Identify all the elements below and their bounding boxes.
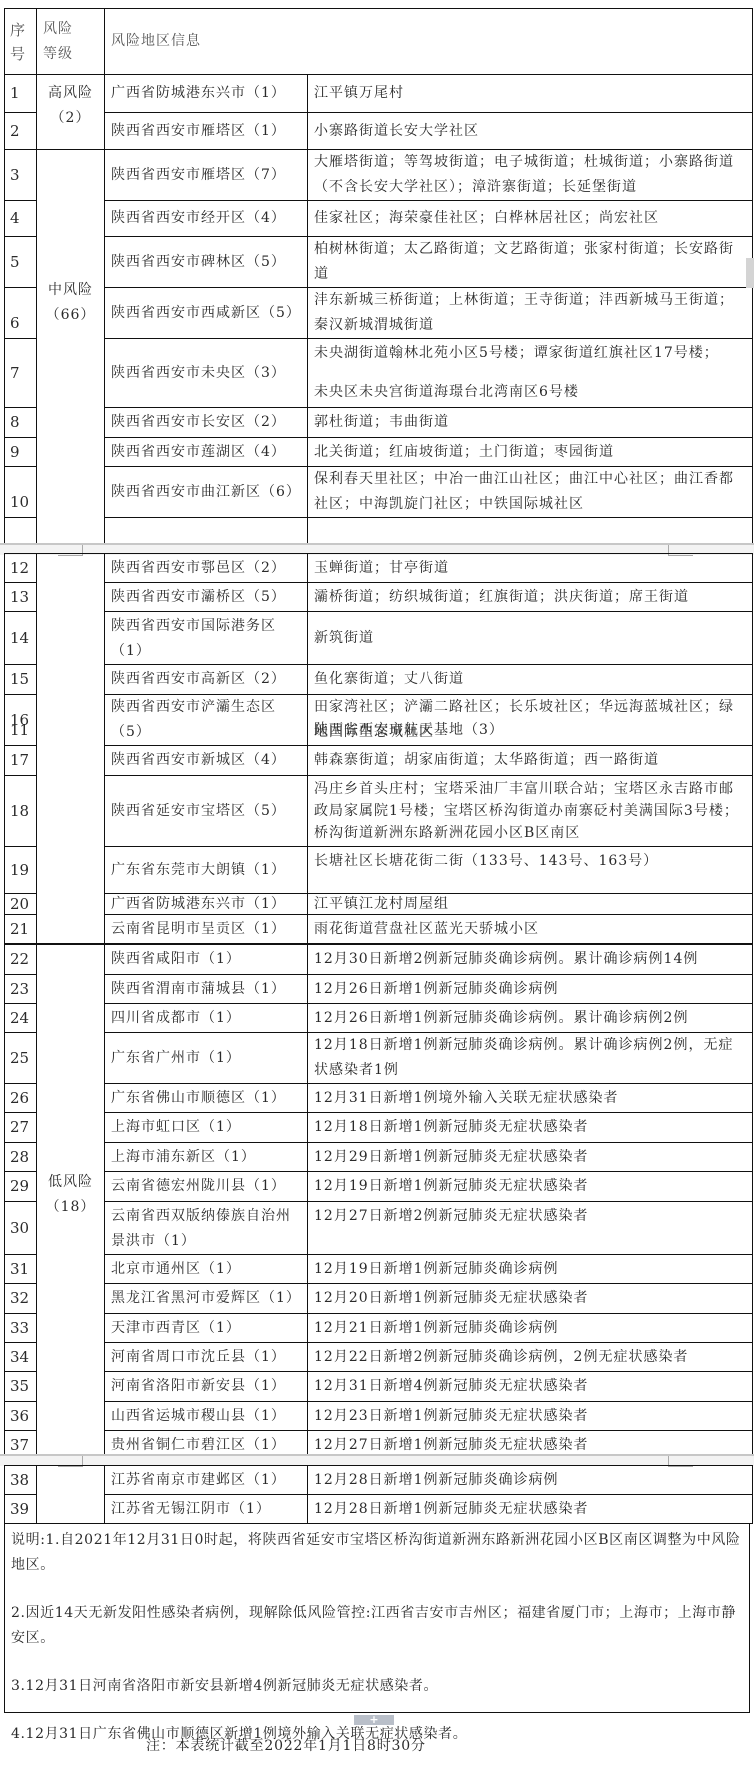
detail-line: 未央湖街道翰林北苑小区5号楼；谭家街道红旗社区17号楼；	[314, 341, 746, 366]
row-number: 5	[5, 237, 37, 288]
table-row: 20 广西省防城港东兴市（1） 江平镇江龙村周屋组	[5, 894, 753, 915]
row-number: 23	[5, 975, 37, 1004]
row-number: 29	[5, 1172, 37, 1202]
region-cell: 广东省东莞市大朗镇（1）	[105, 847, 308, 894]
row-number: 12	[5, 554, 37, 583]
detail-cell: 12月31日新增1例境外输入关联无症状感染者	[308, 1084, 753, 1113]
detail-cell: 12月21日新增1例新冠肺炎确诊病例	[308, 1314, 753, 1343]
table-row: 32 黑龙江省黑河市爱辉区（1） 12月20日新增1例新冠肺炎无症状感染者	[5, 1284, 753, 1314]
region-cell: 北京市通州区（1）	[105, 1255, 308, 1284]
risk-level-low: 低风险 （18）	[37, 945, 105, 1461]
detail-cell: 未央湖街道翰林北苑小区5号楼；谭家街道红旗社区17号楼； 未央区未央宫街道海璟台…	[308, 339, 753, 408]
detail-cell: 12月30日新增2例新冠肺炎确诊病例。累计确诊病例14例	[308, 945, 753, 975]
risk-level-medium-label: 中风险	[41, 278, 100, 303]
region-cell: 云南省昆明市呈贡区（1）	[105, 915, 308, 945]
table-row: 19 广东省东莞市大朗镇（1） 长塘社区长塘花街二街（133号、143号、163…	[5, 847, 753, 894]
detail-cell: 12月22日新增2例新冠肺炎确诊病例，2例无症状感染者	[308, 1343, 753, 1372]
detail-cell: 江平镇万尾村	[308, 75, 753, 113]
row-number: 20	[5, 894, 37, 915]
table-row: 36 山西省运城市稷山县（1） 12月23日新增1例新冠肺炎无症状感染者	[5, 1402, 753, 1431]
detail-cell: 冯庄乡首头庄村；宝塔采油厂丰富川联合站；宝塔区永吉路市邮政局家属院1号楼；宝塔区…	[308, 776, 753, 847]
detail-cell: 保利春天里社区；中冶一曲江山社区；曲江中心社区；曲江香都社区；中海凯旋门社区；中…	[308, 467, 753, 518]
detail-cell: 12月23日新增1例新冠肺炎无症状感染者	[308, 1402, 753, 1431]
table-row: 4 陕西省西安市经开区（4） 佳家社区；海荣豪佳社区；白桦林居社区；尚宏社区	[5, 201, 753, 237]
detail-cell: 12月26日新增1例新冠肺炎确诊病例	[308, 975, 753, 1004]
table-row: 25 广东省广州市（1） 12月18日新增1例新冠肺炎确诊病例。累计确诊病例2例…	[5, 1033, 753, 1084]
region-cell: 陕西省西安市浐灞生态区（5）	[105, 695, 308, 746]
region-cell: 天津市西青区（1）	[105, 1314, 308, 1343]
detail-cell: 雨花街道营盘社区蓝光天骄城小区	[308, 915, 753, 945]
row-number: 4	[5, 201, 37, 237]
row-number: 14	[5, 612, 37, 665]
row-number: 16	[5, 695, 37, 746]
add-row-button[interactable]: +	[354, 1715, 394, 1725]
row-number: 22	[5, 945, 37, 975]
table-row: 18 陕西省延安市宝塔区（5） 冯庄乡首头庄村；宝塔采油厂丰富川联合站；宝塔区永…	[5, 776, 753, 847]
risk-level-low-cont	[37, 1466, 105, 1524]
region-cell: 河南省周口市沈丘县（1）	[105, 1343, 308, 1372]
header-index: 序号	[5, 9, 37, 75]
row-number: 1	[5, 75, 37, 113]
table-row: 13 陕西省西安市灞桥区（5） 灞桥街道；纺织城街道；红旗街道；洪庆街道；席王街…	[5, 583, 753, 612]
detail-cell: 12月29日新增1例新冠肺炎无症状感染者	[308, 1143, 753, 1172]
row-number: 15	[5, 665, 37, 695]
region-cell: 江苏省南京市建邺区（1）	[105, 1466, 308, 1495]
risk-area-table-part-2: 12 陕西省西安市鄠邑区（2） 玉蝉街道；甘亭街道 13 陕西省西安市灞桥区（5…	[4, 553, 753, 1461]
detail-cell: 北关街道；红庙坡街道；土门街道；枣园街道	[308, 438, 753, 467]
row-number: 21	[5, 915, 37, 945]
detail-cell: 12月31日新增4例新冠肺炎无症状感染者	[308, 1372, 753, 1402]
table-row: 34 河南省周口市沈丘县（1） 12月22日新增2例新冠肺炎确诊病例，2例无症状…	[5, 1343, 753, 1372]
table-row: 24 四川省成都市（1） 12月26日新增1例新冠肺炎确诊病例。累计确诊病例2例	[5, 1004, 753, 1033]
region-cell: 陕西省西安市国际港务区（1）	[105, 612, 308, 665]
detail-cell: 田家湾社区；浐灞二路社区；长乐坡社区；华远海蓝城社区；绿地国际生态城社区	[308, 695, 753, 746]
row-number: 30	[5, 1202, 37, 1255]
row-number: 24	[5, 1004, 37, 1033]
detail-cell: 佳家社区；海荣豪佳社区；白桦林居社区；尚宏社区	[308, 201, 753, 237]
plus-icon: +	[369, 1713, 378, 1726]
scrollbar-thumb[interactable]	[746, 258, 754, 288]
risk-area-table-part-3: 38 江苏省南京市建邺区（1） 12月28日新增1例新冠肺炎确诊病例 39 江苏…	[4, 1465, 753, 1524]
risk-level-low-label: 低风险	[41, 1170, 100, 1195]
region-cell: 陕西省西安市曲江新区（6）	[105, 467, 308, 518]
table-row: 35 河南省洛阳市新安县（1） 12月31日新增4例新冠肺炎无症状感染者	[5, 1372, 753, 1402]
region-cell: 四川省成都市（1）	[105, 1004, 308, 1033]
detail-line: 未央区未央宫街道海璟台北湾南区6号楼	[314, 380, 746, 405]
table-row: 8 陕西省西安市长安区（2） 郭杜街道；韦曲街道	[5, 408, 753, 438]
row-number: 38	[5, 1466, 37, 1495]
region-cell: 陕西省西安市高新区（2）	[105, 665, 308, 695]
detail-cell: 12月19日新增1例新冠肺炎无症状感染者	[308, 1172, 753, 1202]
row-number: 28	[5, 1143, 37, 1172]
region-cell: 陕西省西安市雁塔区（7）	[105, 150, 308, 201]
detail-cell: 12月20日新增1例新冠肺炎无症状感染者	[308, 1284, 753, 1314]
region-cell: 上海市虹口区（1）	[105, 1113, 308, 1143]
row-number: 31	[5, 1255, 37, 1284]
detail-cell: 12月18日新增1例新冠肺炎无症状感染者	[308, 1113, 753, 1143]
region-cell: 陕西省咸阳市（1）	[105, 945, 308, 975]
notes-section: 说明:1.自2021年12月31日0时起，将陕西省延安市宝塔区桥沟街道新洲东路新…	[4, 1523, 750, 1713]
detail-cell: 柏树林街道；太乙路街道；文艺路街道；张家村街道；长安路街道	[308, 237, 753, 288]
table-row: 30 云南省西双版纳傣族自治州景洪市（1） 12月27日新增2例新冠肺炎无症状感…	[5, 1202, 753, 1255]
region-cell: 广西省防城港东兴市（1）	[105, 75, 308, 113]
region-cell: 陕西省西安市碑林区（5）	[105, 237, 308, 288]
region-cell: 陕西省西安市新城区（4）	[105, 746, 308, 776]
row-number: 27	[5, 1113, 37, 1143]
region-cell: 陕西省西安市西咸新区（5）	[105, 288, 308, 339]
detail-cell: 12月19日新增1例新冠肺炎确诊病例	[308, 1255, 753, 1284]
table-row: 2 陕西省西安市雁塔区（1） 小寨路街道长安大学社区	[5, 113, 753, 150]
region-cell: 陕西省渭南市蒲城县（1）	[105, 975, 308, 1004]
row-number: 26	[5, 1084, 37, 1113]
table-row: 6 陕西省西安市西咸新区（5） 沣东新城三桥街道；上林街道；王寺街道；沣西新城马…	[5, 288, 753, 339]
detail-cell: 江平镇江龙村周屋组	[308, 894, 753, 915]
region-cell: 河南省洛阳市新安县（1）	[105, 1372, 308, 1402]
table-row: 17 陕西省西安市新城区（4） 韩森寨街道；胡家庙街道；太华路街道；西一路街道	[5, 746, 753, 776]
detail-cell: 新筑街道	[308, 612, 753, 665]
region-cell: 陕西省西安市经开区（4）	[105, 201, 308, 237]
table-row: 33 天津市西青区（1） 12月21日新增1例新冠肺炎确诊病例	[5, 1314, 753, 1343]
detail-cell: 12月18日新增1例新冠肺炎确诊病例。累计确诊病例2例，无症状感染者1例	[308, 1033, 753, 1084]
table-header-row: 序号 风险 等级 风险地区信息	[5, 9, 753, 75]
detail-cell: 沣东新城三桥街道；上林街道；王寺街道；沣西新城马王街道；秦汉新城渭城街道	[308, 288, 753, 339]
region-cell: 黑龙江省黑河市爱辉区（1）	[105, 1284, 308, 1314]
row-number: 2	[5, 113, 37, 150]
table-row: 15 陕西省西安市高新区（2） 鱼化寨街道；丈八街道	[5, 665, 753, 695]
table-row: 38 江苏省南京市建邺区（1） 12月28日新增1例新冠肺炎确诊病例	[5, 1466, 753, 1495]
region-cell: 陕西省西安市灞桥区（5）	[105, 583, 308, 612]
detail-cell: 郭杜街道；韦曲街道	[308, 408, 753, 438]
region-cell: 陕西省西安市雁塔区（1）	[105, 113, 308, 150]
note-1: 说明:1.自2021年12月31日0时起，将陕西省延安市宝塔区桥沟街道新洲东路新…	[11, 1528, 743, 1578]
row-number: 13	[5, 583, 37, 612]
detail-cell: 长塘社区长塘花街二街（133号、143号、163号）	[308, 847, 753, 894]
region-cell: 陕西省西安市莲湖区（4）	[105, 438, 308, 467]
row-number: 35	[5, 1372, 37, 1402]
table-row: 14 陕西省西安市国际港务区（1） 新筑街道	[5, 612, 753, 665]
row-number: 34	[5, 1343, 37, 1372]
header-area-info: 风险地区信息	[105, 9, 753, 75]
note-2: 2.因近14天无新发阳性感染者病例，现解除低风险管控:江西省吉安市吉州区；福建省…	[11, 1601, 743, 1651]
row-number: 39	[5, 1495, 37, 1524]
table-row: 26 广东省佛山市顺德区（1） 12月31日新增1例境外输入关联无症状感染者	[5, 1084, 753, 1113]
detail-cell: 12月26日新增1例新冠肺炎确诊病例。累计确诊病例2例	[308, 1004, 753, 1033]
header-risk-level: 风险 等级	[37, 9, 105, 75]
row-number: 6	[5, 288, 37, 339]
region-cell: 陕西省西安市未央区（3）	[105, 339, 308, 408]
row-number: 25	[5, 1033, 37, 1084]
region-cell: 陕西省西安市长安区（2）	[105, 408, 308, 438]
detail-cell: 12月28日新增1例新冠肺炎无症状感染者	[308, 1495, 753, 1524]
region-cell: 江苏省无锡江阴市（1）	[105, 1495, 308, 1524]
region-cell: 广东省广州市（1）	[105, 1033, 308, 1084]
table-row: 31 北京市通州区（1） 12月19日新增1例新冠肺炎确诊病例	[5, 1255, 753, 1284]
detail-cell: 小寨路街道长安大学社区	[308, 113, 753, 150]
row-number: 19	[5, 847, 37, 894]
header-risk-level-line1: 风险	[43, 17, 98, 42]
row-number: 9	[5, 438, 37, 467]
table-row: 29 云南省德宏州陇川县（1） 12月19日新增1例新冠肺炎无症状感染者	[5, 1172, 753, 1202]
region-cell: 广东省佛山市顺德区（1）	[105, 1084, 308, 1113]
region-cell: 陕西省延安市宝塔区（5）	[105, 776, 308, 847]
detail-cell: 鱼化寨街道；丈八街道	[308, 665, 753, 695]
detail-cell: 大雁塔街道；等驾坡街道；电子城街道；杜城街道；小寨路街道（不含长安大学社区）；漳…	[308, 150, 753, 201]
table-row: 27 上海市虹口区（1） 12月18日新增1例新冠肺炎无症状感染者	[5, 1113, 753, 1143]
table-row: 3 中风险 （66） 陕西省西安市雁塔区（7） 大雁塔街道；等驾坡街道；电子城街…	[5, 150, 753, 201]
table-row: 16 陕西省西安市浐灞生态区（5） 田家湾社区；浐灞二路社区；长乐坡社区；华远海…	[5, 695, 753, 746]
risk-level-medium-count: （66）	[41, 303, 100, 328]
risk-level-low-count: （18）	[41, 1195, 100, 1220]
row-number: 10	[5, 467, 37, 518]
table-row: 7 陕西省西安市未央区（3） 未央湖街道翰林北苑小区5号楼；谭家街道红旗社区17…	[5, 339, 753, 408]
row-number: 36	[5, 1402, 37, 1431]
region-cell: 山西省运城市稷山县（1）	[105, 1402, 308, 1431]
detail-cell: 韩森寨街道；胡家庙街道；太华路街道；西一路街道	[308, 746, 753, 776]
table-row: 22 低风险 （18） 陕西省咸阳市（1） 12月30日新增2例新冠肺炎确诊病例…	[5, 945, 753, 975]
row-number: 33	[5, 1314, 37, 1343]
table-row: 39 江苏省无锡江阴市（1） 12月28日新增1例新冠肺炎无症状感染者	[5, 1495, 753, 1524]
table-row: 12 陕西省西安市鄠邑区（2） 玉蝉街道；甘亭街道	[5, 554, 753, 583]
region-cell: 上海市浦东新区（1）	[105, 1143, 308, 1172]
row-number: 18	[5, 776, 37, 847]
row-number: 3	[5, 150, 37, 201]
row-number: 32	[5, 1284, 37, 1314]
detail-cell: 12月27日新增2例新冠肺炎无症状感染者	[308, 1202, 753, 1255]
row-number: 8	[5, 408, 37, 438]
risk-level-medium-cont	[37, 554, 105, 945]
region-cell: 云南省西双版纳傣族自治州景洪市（1）	[105, 1202, 308, 1255]
table-row: 1 高风险（2） 广西省防城港东兴市（1） 江平镇万尾村	[5, 75, 753, 113]
note-3: 3.12月31日河南省洛阳市新安县新增4例新冠肺炎无症状感染者。	[11, 1674, 743, 1699]
table-row: 5 陕西省西安市碑林区（5） 柏树林街道；太乙路街道；文艺路街道；张家村街道；长…	[5, 237, 753, 288]
table-row: 21 云南省昆明市呈贡区（1） 雨花街道营盘社区蓝光天骄城小区	[5, 915, 753, 945]
table-row: 10 陕西省西安市曲江新区（6） 保利春天里社区；中冶一曲江山社区；曲江中心社区…	[5, 467, 753, 518]
region-cell: 云南省德宏州陇川县（1）	[105, 1172, 308, 1202]
header-risk-level-line2: 等级	[43, 42, 98, 67]
table-row: 9 陕西省西安市莲湖区（4） 北关街道；红庙坡街道；土门街道；枣园街道	[5, 438, 753, 467]
table-row: 28 上海市浦东新区（1） 12月29日新增1例新冠肺炎无症状感染者	[5, 1143, 753, 1172]
statistics-footnote: 注：本表统计截至2022年1月1日8时30分	[146, 1735, 426, 1755]
row-number: 7	[5, 339, 37, 408]
detail-cell: 玉蝉街道；甘亭街道	[308, 554, 753, 583]
detail-cell: 12月28日新增1例新冠肺炎确诊病例	[308, 1466, 753, 1495]
table-row: 23 陕西省渭南市蒲城县（1） 12月26日新增1例新冠肺炎确诊病例	[5, 975, 753, 1004]
detail-cell: 灞桥街道；纺织城街道；红旗街道；洪庆街道；席王街道	[308, 583, 753, 612]
risk-level-high: 高风险（2）	[37, 75, 105, 150]
row-number: 17	[5, 746, 37, 776]
region-cell: 广西省防城港东兴市（1）	[105, 894, 308, 915]
region-cell: 陕西省西安市鄠邑区（2）	[105, 554, 308, 583]
